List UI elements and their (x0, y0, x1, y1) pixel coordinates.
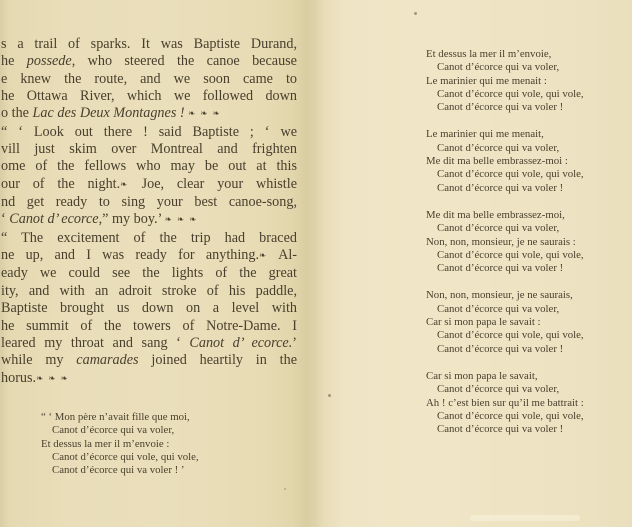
body-text-line: horus.❧ ❧ ❧ (1, 370, 297, 388)
verse-line: Canot d’écorce qui vole, qui vole, (426, 88, 584, 101)
text-segment: Baptiste brought us down on a level with (1, 300, 297, 316)
text-segment: Lac des Deux Montagnes ! (33, 105, 185, 121)
text-segment: Al- (268, 247, 297, 263)
text-segment: , who steered the canoe because (72, 53, 297, 69)
body-text-line: eady we could see the lights of the grea… (1, 265, 297, 282)
verse-line: “ ‘ Mon père n’avait fille que moi, (41, 411, 199, 424)
verse-line: Canot d’écorce qui vole, qui vole, (426, 329, 584, 342)
text-segment: our of the night. (1, 176, 120, 192)
text-segment: camarades (76, 352, 138, 368)
body-text-line: ne up, and I was ready for anything.❧ Al… (1, 247, 297, 265)
verse-line: Non, non, monsieur, je ne saurais, (426, 289, 584, 302)
verse-line: Canot d’écorce qui vole, qui vole, (41, 451, 199, 464)
song-stanza: Et dessus la mer il m’envoie,Canot d’éco… (426, 48, 584, 114)
book-spread-scan: s a trail of sparks. It was Baptiste Dur… (0, 0, 632, 527)
text-segment: ne up, and I was ready for anything. (1, 247, 259, 263)
verse-line: Car si mon papa le savait, (426, 370, 584, 383)
text-segment: ’ (292, 335, 297, 351)
text-segment: eady we could see the lights of the grea… (1, 265, 297, 281)
text-segment: s a trail of sparks. It was Baptiste Dur… (1, 36, 297, 52)
text-segment: he (1, 53, 27, 69)
text-segment: ome of the fellows who may be out at thi… (1, 158, 297, 174)
text-segment: Canot d’ ecorce. (189, 335, 292, 351)
body-text-line: s a trail of sparks. It was Baptiste Dur… (1, 36, 297, 53)
fleuron-ornament: ❧ ❧ ❧ (36, 373, 69, 383)
song-stanza: Car si mon papa le savait,Canot d’écorce… (426, 370, 584, 436)
text-segment: he Ottawa River, which we followed down (1, 88, 297, 104)
text-segment: possede (27, 53, 72, 69)
left-page-body-paragraph: s a trail of sparks. It was Baptiste Dur… (1, 36, 297, 388)
body-text-line: leared my throat and sang ‘ Canot d’ eco… (1, 335, 297, 352)
verse-line: Canot d’écorce qui va voler ! (426, 101, 584, 114)
body-text-line: our of the night.❧ Joe, clear your whist… (1, 176, 297, 194)
scan-speck (328, 394, 331, 397)
text-segment: Canot d’ ecorce (9, 211, 98, 227)
page-sheen (470, 515, 580, 521)
text-segment: ity, and with an adroit stroke of his pa… (1, 283, 297, 299)
body-text-line: he possede, who steered the canoe becaus… (1, 53, 297, 70)
body-text-line: ‘ Canot d’ ecorce,” my boy.’ ❧ ❧ ❧ (1, 211, 297, 229)
body-text-line: o the Lac des Deux Montagnes ! ❧ ❧ ❧ (1, 105, 297, 123)
scan-speck (284, 488, 286, 490)
body-text-line: vill just skim over Montreal and frighte… (1, 141, 297, 158)
left-page-song-verse: “ ‘ Mon père n’avait fille que moi,Canot… (41, 411, 199, 477)
verse-line: Canot d’écorce qui va voler ! ’ (41, 464, 199, 477)
verse-line: Non, non, monsieur, je ne saurais : (426, 236, 584, 249)
body-text-line: ity, and with an adroit stroke of his pa… (1, 283, 297, 300)
verse-line: Me dit ma belle embrassez-moi, (426, 209, 584, 222)
verse-line: Le marinier qui me menait : (426, 75, 584, 88)
verse-line: Car si mon papa le savait : (426, 316, 584, 329)
body-text-line: Baptiste brought us down on a level with (1, 300, 297, 317)
text-segment: nd get ready to sing your best canoe-son… (1, 194, 297, 210)
song-stanza: Non, non, monsieur, je ne saurais,Canot … (426, 289, 584, 355)
body-text-line: he summit of the towers of Notre-Dame. I (1, 318, 297, 335)
verse-line: Canot d’écorce qui va voler, (41, 424, 199, 437)
song-stanza: Me dit ma belle embrassez-moi,Canot d’éc… (426, 209, 584, 275)
verse-line: Canot d’écorce qui vole, qui vole, (426, 410, 584, 423)
verse-line: Et dessus la mer il m’envoie, (426, 48, 584, 61)
verse-line: Canot d’écorce qui va voler, (426, 303, 584, 316)
text-segment: leared my throat and sang ‘ (1, 335, 189, 351)
body-text-line: “ ‘ Look out there ! said Baptiste ; ‘ w… (1, 124, 297, 141)
verse-line: Canot d’écorce qui vole, qui vole, (426, 168, 584, 181)
body-text-line: nd get ready to sing your best canoe-son… (1, 194, 297, 211)
body-text-line: “ The excitement of the trip had braced (1, 230, 297, 247)
fleuron-ornament: ❧ (259, 250, 268, 260)
text-segment: “ The excitement of the trip had braced (1, 230, 297, 246)
fleuron-ornament: ❧ (120, 179, 129, 189)
text-segment: he summit of the towers of Notre-Dame. I (1, 318, 297, 334)
body-text-line: he Ottawa River, which we followed down (1, 88, 297, 105)
text-segment: o the (1, 105, 33, 121)
text-segment: joined heartily in the (139, 352, 297, 368)
verse-line: Canot d’écorce qui va voler, (426, 61, 584, 74)
body-text-line: while my camarades joined heartily in th… (1, 352, 297, 369)
text-segment: horus. (1, 370, 36, 386)
verse-line: Me dit ma belle embrassez-moi : (426, 155, 584, 168)
verse-line: Le marinier qui me menait, (426, 128, 584, 141)
verse-line: Et dessus la mer il m’envoie : (41, 438, 199, 451)
body-text-line: ome of the fellows who may be out at thi… (1, 158, 297, 175)
fleuron-ornament: ❧ ❧ ❧ (188, 108, 221, 118)
text-segment: e knew the route, and we soon came to (1, 71, 297, 87)
right-page-song-stanzas: Et dessus la mer il m’envoie,Canot d’éco… (426, 48, 584, 450)
fleuron-ornament: ❧ ❧ ❧ (165, 214, 198, 224)
verse-line: Canot d’écorce qui va voler ! (426, 182, 584, 195)
verse-line: Canot d’écorce qui va voler ! (426, 343, 584, 356)
text-segment: while my (1, 352, 76, 368)
verse-line: Ah ! c’est bien sur qu’il me battrait : (426, 397, 584, 410)
verse-line: Canot d’écorce qui va voler, (426, 383, 584, 396)
text-segment: ,” my boy.’ (99, 211, 165, 227)
text-segment: Joe, clear your whistle (129, 176, 297, 192)
verse-line: Canot d’écorce qui va voler ! (426, 262, 584, 275)
scan-speck (414, 12, 417, 15)
song-stanza: Le marinier qui me menait,Canot d’écorce… (426, 128, 584, 194)
verse-line: Canot d’écorce qui va voler ! (426, 423, 584, 436)
verse-line: Canot d’écorce qui va voler, (426, 222, 584, 235)
body-text-line: e knew the route, and we soon came to (1, 71, 297, 88)
verse-line: Canot d’écorce qui va voler, (426, 142, 584, 155)
text-segment: “ ‘ Look out there ! said Baptiste ; ‘ w… (1, 124, 297, 140)
text-segment: vill just skim over Montreal and frighte… (1, 141, 297, 157)
verse-line: Canot d’écorce qui vole, qui vole, (426, 249, 584, 262)
